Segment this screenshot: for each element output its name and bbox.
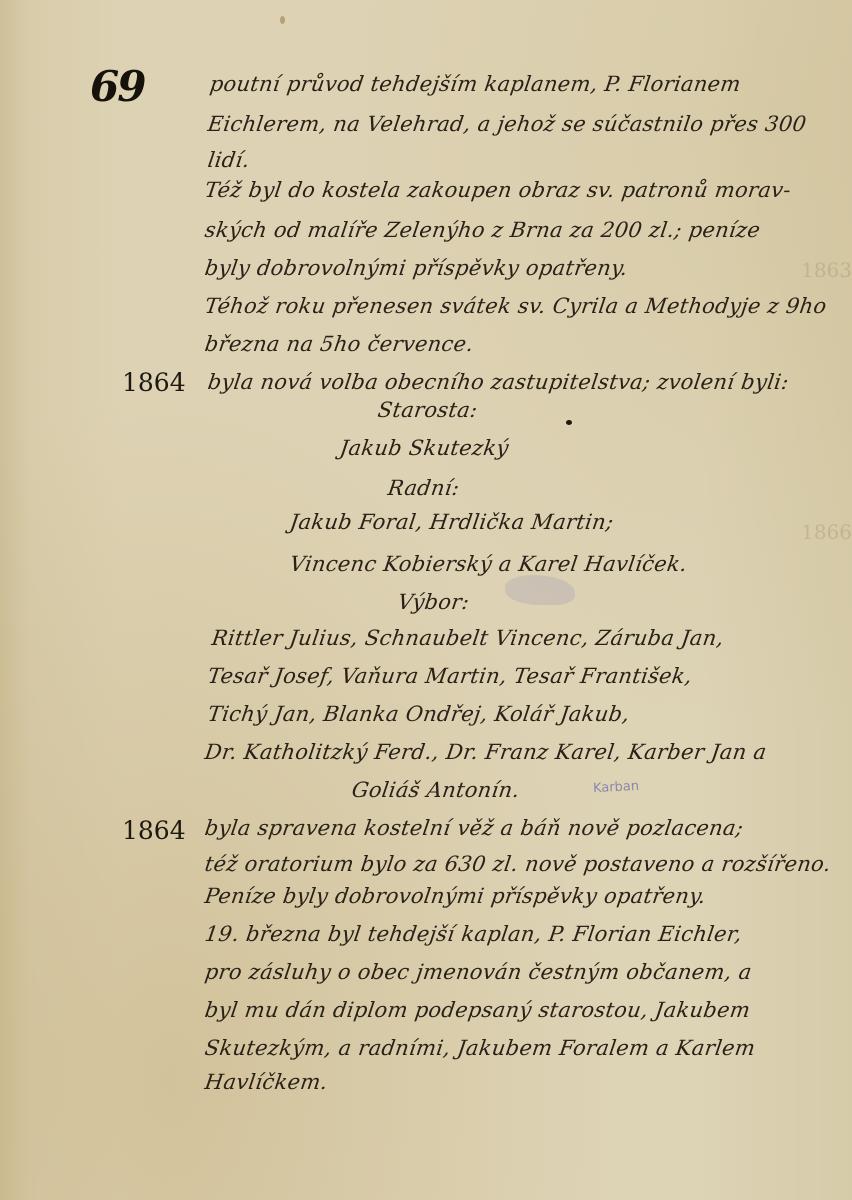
election-intro: byla nová volba obecního zastupitelstva;… bbox=[206, 370, 790, 394]
text-line: též oratorium bylo za 630 zl. nově posta… bbox=[203, 852, 832, 876]
text-line: Skutezkým, a radními, Jakubem Foralem a … bbox=[203, 1036, 757, 1060]
councillors-heading: Radní: bbox=[386, 476, 461, 500]
committee-line: Rittler Julius, Schnaubelt Vincenc, Záru… bbox=[210, 626, 725, 650]
councillors-line: Jakub Foral, Hrdlička Martin; bbox=[288, 510, 615, 534]
bleed-through-year: 1863 bbox=[801, 258, 852, 282]
text-line: poutní průvod tehdejším kaplanem, P. Flo… bbox=[208, 72, 742, 96]
paper-stain bbox=[280, 16, 285, 24]
stamp-smudge bbox=[505, 575, 575, 605]
committee-line: Tesař Josef, Vaňura Martin, Tesař Franti… bbox=[206, 664, 693, 688]
page-number: 69 bbox=[90, 62, 144, 111]
text-line: Peníze byly dobrovolnými příspěvky opatř… bbox=[203, 884, 707, 908]
margin-year: 1864 bbox=[122, 368, 186, 397]
text-line: Eichlerem, na Velehrad, a jehož se súčas… bbox=[206, 112, 808, 136]
text-line: byl mu dán diplom podepsaný starostou, J… bbox=[203, 998, 752, 1022]
text-line: byly dobrovolnými příspěvky opatřeny. bbox=[203, 256, 629, 280]
pencil-annotation: Karban bbox=[593, 779, 640, 796]
text-line: byla spravena kostelní věž a báň nově po… bbox=[203, 816, 745, 840]
text-line: lidí. bbox=[206, 148, 251, 172]
bleed-through-year: 1866 bbox=[801, 520, 852, 544]
text-line: Též byl do kostela zakoupen obraz sv. pa… bbox=[203, 178, 792, 202]
councillors-line: Vincenc Kobierský a Karel Havlíček. bbox=[288, 552, 688, 576]
text-line: Téhož roku přenesen svátek sv. Cyrila a … bbox=[203, 294, 828, 318]
margin-year: 1864 bbox=[122, 816, 186, 845]
committee-line: Tichý Jan, Blanka Ondřej, Kolář Jakub, bbox=[206, 702, 631, 726]
ink-spot bbox=[566, 420, 572, 425]
committee-heading: Výbor: bbox=[396, 590, 471, 614]
text-line: Havlíčkem. bbox=[203, 1070, 329, 1094]
text-line: pro zásluhy o obec jmenován čestným obča… bbox=[203, 960, 753, 984]
mayor-heading: Starosta: bbox=[376, 398, 479, 422]
committee-line: Goliáš Antonín. bbox=[350, 778, 521, 802]
text-line: ských od malíře Zelenýho z Brna za 200 z… bbox=[203, 218, 762, 242]
text-line: 19. března byl tehdejší kaplan, P. Flori… bbox=[203, 922, 743, 946]
mayor-name: Jakub Skutezký bbox=[338, 436, 510, 460]
committee-line: Dr. Katholitzký Ferd., Dr. Franz Karel, … bbox=[203, 740, 768, 764]
manuscript-page: 1863 1866 69 poutní průvod tehdejším kap… bbox=[0, 0, 852, 1200]
text-line: března na 5ho července. bbox=[203, 332, 475, 356]
